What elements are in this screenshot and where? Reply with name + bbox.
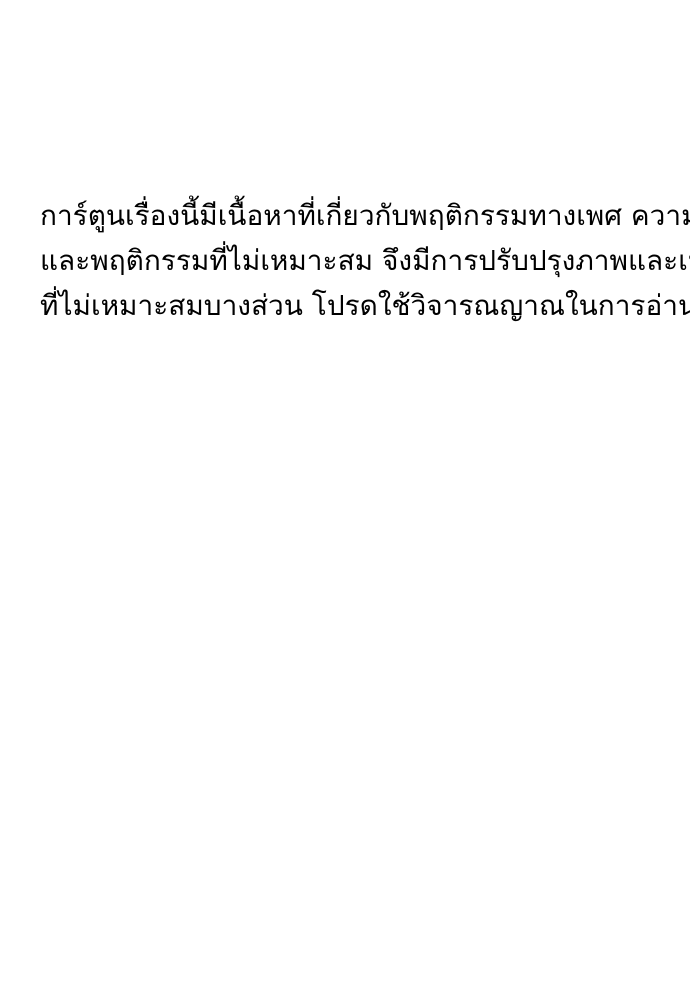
content-warning-text: การ์ตูนเรื่องนี้มีเนื้อหาที่เกี่ยวกับพฤต…: [40, 193, 650, 328]
content-warning-page: การ์ตูนเรื่องนี้มีเนื้อหาที่เกี่ยวกับพฤต…: [0, 0, 690, 1000]
content-warning-line-2: และพฤติกรรมที่ไม่เหมาะสม จึงมีการปรับปรุ…: [40, 238, 650, 283]
content-warning-line-3: ที่ไม่เหมาะสมบางส่วน โปรดใช้วิจารณญาณในก…: [40, 283, 650, 328]
content-warning-line-1: การ์ตูนเรื่องนี้มีเนื้อหาที่เกี่ยวกับพฤต…: [40, 193, 650, 238]
